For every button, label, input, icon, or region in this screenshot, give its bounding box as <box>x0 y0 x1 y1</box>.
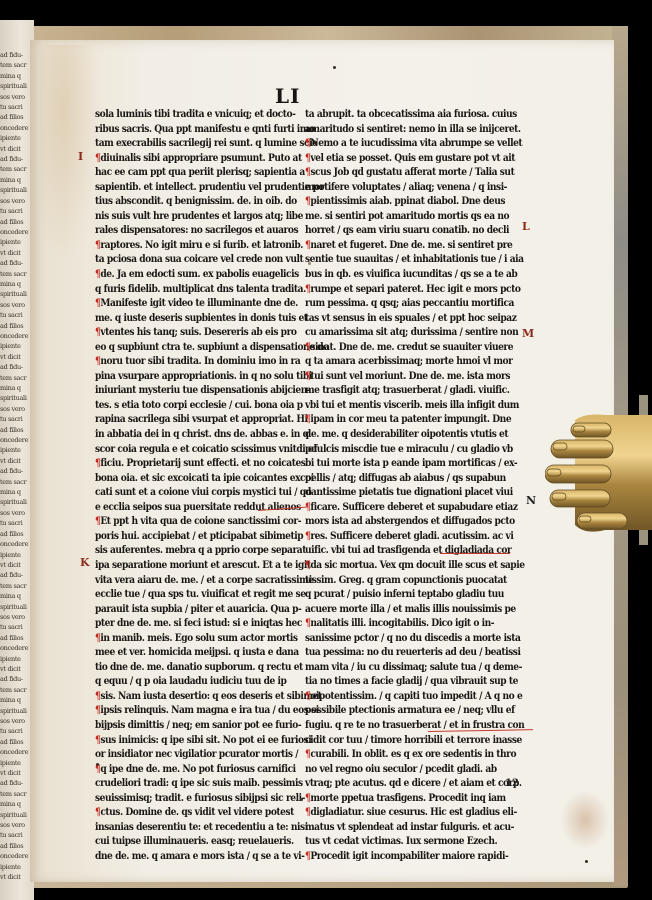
text-line: tissim. Greg. q gram copunctionis puocat… <box>305 573 525 588</box>
text-line: q pcurat / puisio inferni teptabo gladiu… <box>305 587 525 602</box>
text-line: eo q supbiunt ctra te. supbiunt a dispen… <box>95 340 329 355</box>
text-line: ¶curabili. In oblit. es q ex ore sedenti… <box>305 747 525 762</box>
text-line: q ta amara acerbissimaq; morte hmoi vl m… <box>305 354 525 369</box>
text-line: me trasfigit atq; trasuerberat / gladi. … <box>305 383 525 398</box>
folio-number: LI <box>275 84 300 108</box>
rubric-mark: ¶ <box>95 355 100 367</box>
text-line: crudeliori tradi: q ipe sic suis maib. p… <box>95 776 329 791</box>
rubric-mark: ¶ <box>305 195 310 207</box>
rubric-mark: ¶ <box>305 413 310 425</box>
text-line: ¶diuinalis sibi appropriare psumunt. Put… <box>95 151 329 166</box>
text-line: insanias deserentiu te: et recedentiu a … <box>95 820 329 835</box>
text-line: ¶naret et fugeret. Dne de. me. si sentir… <box>305 238 525 253</box>
text-line: sapientib. et intellect. prudentiu vel p… <box>95 180 329 195</box>
rubric-mark: ¶ <box>305 341 310 353</box>
text-line: q equu / q p oia laudadu iudiciu tuu de … <box>95 674 329 689</box>
text-line: pdulcis miscdie tue e miraculu / cu glad… <box>305 442 525 457</box>
text-line: ¶res. Sufficere deberet gladi. acutissim… <box>305 529 525 544</box>
text-line: sola luminis tibi tradita e vnicuiq; et … <box>95 107 329 122</box>
rubric-mark: ¶ <box>305 370 310 382</box>
text-line: ¶raptores. No igit miru e si furib. et l… <box>95 238 329 253</box>
rubric-mark: ¶ <box>305 530 310 542</box>
text-line: ¶ficiu. Proprietarij sunt effecti. et no… <box>95 456 329 471</box>
text-line: ¶ipsis relinquis. Nam magna e ira tua / … <box>95 703 329 718</box>
text-line: ¶scus Job qd gustatu afferat morte / Tal… <box>305 165 525 180</box>
marginal-letter: M <box>522 327 534 340</box>
rubric-mark: ¶ <box>305 152 310 164</box>
text-line: ¶sis. Nam iusta desertio: q eos deseris … <box>95 689 329 704</box>
text-line: uific. vbi tui ad trasfigenda et digladi… <box>305 543 525 558</box>
text-line: bi tui morte ista p eande ipam mortifica… <box>305 456 525 471</box>
text-line: ¶vel etia se posset. Quis em gustare pot… <box>305 151 525 166</box>
marginal-letter: K <box>80 556 90 569</box>
text-line: ¶ficare. Sufficere deberet et supabudare… <box>305 500 525 515</box>
previous-page-text: ad fidu-tem sacrmina qspiritualisos vero… <box>0 50 34 883</box>
rubric-mark: ¶ <box>95 632 100 644</box>
text-line: ¶Manifeste igit video te illuminante dne… <box>95 296 329 311</box>
text-line: ¶pientissimis aiab. ppinat diabol. Dne d… <box>305 194 525 209</box>
text-line: possibile ptectionis armatura ee / neq; … <box>305 703 525 718</box>
text-line: mam vita / iu cu dissimaq; salute tua / … <box>305 660 525 675</box>
text-line: tus vt cedat victimas. Iux sermone Ezech… <box>305 834 525 849</box>
text-line: ta abrupit. ta obcecatissima aia furiosa… <box>305 107 525 122</box>
foxing-stain <box>560 790 610 850</box>
text-line: ¶nalitatis illi. incogitabilis. Dico igi… <box>305 616 525 631</box>
ink-speck <box>585 860 588 863</box>
text-line: tas vt sensus in eis spuales / et ppt ho… <box>305 311 525 326</box>
text-line: mortifere voluptates / aliaq; venena / q… <box>305 180 525 195</box>
text-line: sanissime pctor / q no du discedis a mor… <box>305 631 525 646</box>
text-line: seuissimisq; tradit. e furiosus sibijpsi… <box>95 791 329 806</box>
text-column-left: sola luminis tibi tradita e vnicuiq; et … <box>95 107 329 863</box>
text-line: ¶vtentes his tanq; suis. Desereris ab ei… <box>95 325 329 340</box>
text-line: ipa separatione moriunt et arescut. Et a… <box>95 558 329 573</box>
rubric-mark: ¶ <box>305 283 310 295</box>
text-line: or insidiator nec vigilatior pcurator mo… <box>95 747 329 762</box>
rubric-mark: ¶ <box>95 515 100 527</box>
text-line: dne de. me. q amara e mors ista / q se a… <box>95 849 329 864</box>
text-line: ¶ctus. Domine de. qs vidit vel videre po… <box>95 805 329 820</box>
rubric-mark: ¶ <box>305 617 310 629</box>
text-line: cui tuipse illuminaueris. easq; reuelaue… <box>95 834 329 849</box>
text-line: ¶tui sunt vel moriunt. Dne de. me. ista … <box>305 369 525 384</box>
marginal-letter: I <box>78 150 83 163</box>
rubric-mark: ¶ <box>95 704 100 716</box>
text-line: ¶q ipe dne de. me. No pot furiosus carni… <box>95 762 329 777</box>
text-line: pellis / atq; diffugas ab aiabus / qs su… <box>305 471 525 486</box>
text-line: cati sunt et a coione viui corpis mystic… <box>95 485 329 500</box>
text-line: vita vera aiaru de. me. / et a corpe sac… <box>95 573 329 588</box>
text-line: rales dispensatores: no sacrilegos et au… <box>95 223 329 238</box>
text-line: mee et ver. homicida meijpsi. q iusta e … <box>95 645 329 660</box>
rubric-mark: ¶ <box>305 806 310 818</box>
signature-mark: 12 <box>505 778 519 789</box>
text-line: ¶rumpe et separi pateret. Hec igit e mor… <box>305 282 525 297</box>
rubric-mark: ¶ <box>95 457 100 469</box>
rubric-mark: ¶ <box>95 268 100 280</box>
text-line: in abbatia dei in q christ. dns de. abba… <box>95 427 329 442</box>
text-line: amaritudo si sentiret: nemo in illa se i… <box>305 122 525 137</box>
text-line: tio dne de. me. danatio supborum. q rect… <box>95 660 329 675</box>
text-line: ¶Procedit igit incompabiliter maiore rap… <box>305 849 525 864</box>
text-line: nis suis vult hre prudentes et largos at… <box>95 209 329 224</box>
text-line: parauit ista supbia / piter et auaricia.… <box>95 602 329 617</box>
text-line: ¶in manib. meis. Ego solu sum actor mort… <box>95 631 329 646</box>
text-line: me. q iuste deseris supbientes in donis … <box>95 311 329 326</box>
rubric-mark: ¶ <box>305 850 310 862</box>
text-line: ta pciosa dona sua coicare vel crede non… <box>95 252 329 267</box>
marginal-letter: N <box>526 494 536 507</box>
rubric-mark: ¶ <box>305 690 310 702</box>
text-line: tia no times a facie gladij / qua vibrau… <box>305 674 525 689</box>
text-line: ¶sus inimicis: q ipe sibi sit. No pot ei… <box>95 733 329 748</box>
text-line: ¶oipotentissim. / q capiti tuo impedit /… <box>305 689 525 704</box>
text-line: ¶de. Ja em edocti sum. ex pabolis euagel… <box>95 267 329 282</box>
rubric-mark: ¶ <box>95 806 100 818</box>
text-line: ¶noru tuor sibi tradita. In dominiu imo … <box>95 354 329 369</box>
text-line: tam execrabilis sacrilegij rei sunt. q l… <box>95 136 329 151</box>
text-line: ¶Nemo a te iucudissima vita abrumpe se v… <box>305 136 525 151</box>
previous-page-edge: ad fidu-tem sacrmina qspiritualisos vero… <box>0 20 34 900</box>
text-line: tua pessima: no du reuerteris ad deu / b… <box>305 645 525 660</box>
text-line: sis auferentes. mebra q a pprio corpe se… <box>95 543 329 558</box>
text-line: tes. s etia toto corpi ecclesie / cui. b… <box>95 398 329 413</box>
rubric-mark: ¶ <box>95 690 100 702</box>
text-line: ecclie tue / qua sps tu. viuificat et re… <box>95 587 329 602</box>
text-line: me. si sentiri pot amaritudo mortis qs e… <box>305 209 525 224</box>
rubric-mark: ¶ <box>305 559 310 571</box>
text-line: bus in qb. es viuifica iucunditas / qs s… <box>305 267 525 282</box>
text-line: ¶da sic mortua. Vex qm docuit ille scus … <box>305 558 525 573</box>
rubric-mark: ¶ <box>95 734 100 746</box>
rubric-mark: ¶ <box>95 152 100 164</box>
rubric-mark: ¶ <box>95 239 100 251</box>
text-line: rum pessima. q qsq; aias peccantiu morti… <box>305 296 525 311</box>
water-stain <box>40 45 100 265</box>
rubric-underline <box>440 553 510 554</box>
text-line: ¶digladiatur. siue cesurus. Hic est glad… <box>305 805 525 820</box>
text-line: sentie tue suauitas / et inhabitationis … <box>305 252 525 267</box>
text-line: vbi tui et mentis viscerib. meis illa in… <box>305 398 525 413</box>
rubric-mark: ¶ <box>305 792 310 804</box>
text-line: cu amarissima sit atq; durissima / senti… <box>305 325 525 340</box>
brass-hand-page-holder-icon <box>545 395 652 545</box>
text-line: matus vt splendeat ad instar fulguris. e… <box>305 820 525 835</box>
text-line: mors ista ad abstergendos et diffugados … <box>305 514 525 529</box>
text-line: pina vsurpare appropriationis. in q no s… <box>95 369 329 384</box>
text-line: dantissime pietatis tue dignationi place… <box>305 485 525 500</box>
text-line: tius abscondit. q benignissim. de. in oi… <box>95 194 329 209</box>
text-line: ¶Et ppt h vita qua de coione sanctissimi… <box>95 514 329 529</box>
rubric-mark: ¶ <box>305 137 310 149</box>
text-line: poris hui. accipiebat / et pticipabat si… <box>95 529 329 544</box>
text-line: hac ee cam ppt qua periit plerisq; sapie… <box>95 165 329 180</box>
rubric-mark: ¶ <box>305 239 310 251</box>
rubric-mark: ¶ <box>95 297 100 309</box>
text-line: iniuriant mysteriu tue dispensationis ab… <box>95 383 329 398</box>
ink-speck <box>308 262 311 265</box>
text-line: bijpsis dimittis / neq; em sanior pot ee… <box>95 718 329 733</box>
text-line: acuere morte illa / et malis illis nouis… <box>305 602 525 617</box>
marginal-letter: L <box>522 220 530 233</box>
text-line: de. me. q desiderabiliter oipotentis vtu… <box>305 427 525 442</box>
rubric-mark: ¶ <box>95 326 100 338</box>
text-line: vtraq; pte acutus. qd e dicere / et aiam… <box>305 776 525 791</box>
text-line: rapina sacrilega sibi vsurpat et appropr… <box>95 412 329 427</box>
text-line: ¶morte ppetua trasfigens. Procedit inq i… <box>305 791 525 806</box>
text-line: pter dne de. me. si feci istud: si e ini… <box>95 616 329 631</box>
ink-speck <box>300 798 303 801</box>
text-line: horret / qs eam viriu suaru conatib. no … <box>305 223 525 238</box>
text-line: no vel regno oiu seculor / pcedit gladi.… <box>305 762 525 777</box>
text-line: cidit cor tuu / timore horribili et terr… <box>305 733 525 748</box>
text-line: ¶ipam in cor meu ta patenter impungit. D… <box>305 412 525 427</box>
text-line: scor coia regula e et coicatio scissimus… <box>95 442 329 457</box>
text-line: ribus sacris. Qua ppt manifestu e qnti f… <box>95 122 329 137</box>
rubric-mark: ¶ <box>305 166 310 178</box>
text-line: ¶sinat. Dne de. me. credut se suauiter v… <box>305 340 525 355</box>
text-line: q furis fidelib. multiplicat dns talenta… <box>95 282 329 297</box>
ink-speck <box>96 763 99 766</box>
rubric-mark: ¶ <box>305 748 310 760</box>
text-line: bona oia. et sic excoicati ta ipie coica… <box>95 471 329 486</box>
ink-speck <box>333 66 336 69</box>
text-column-right: ta abrupit. ta obcecatissima aia furiosa… <box>305 107 525 863</box>
